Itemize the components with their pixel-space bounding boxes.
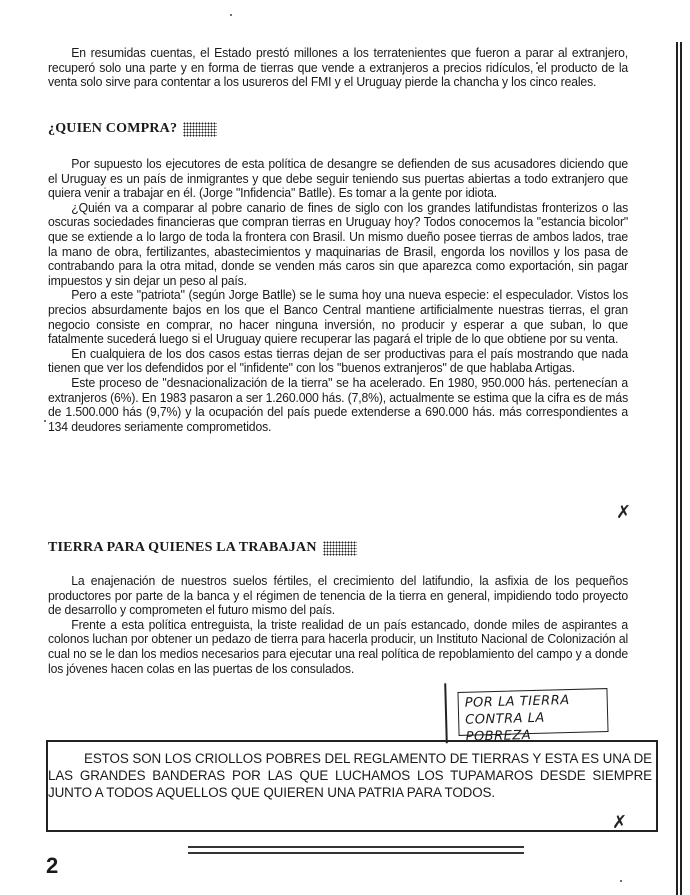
- section-quien-compra: ¿QUIEN COMPRA?: [48, 121, 646, 137]
- end-of-article-mark-icon: ✗: [616, 502, 631, 523]
- scan-speck: [44, 420, 46, 422]
- paragraph: Por supuesto los ejecutores de esta polí…: [48, 157, 628, 201]
- paragraph: ¿Quién va a comparar al pobre canario de…: [48, 201, 628, 289]
- footer-rule: [188, 846, 524, 848]
- paragraph: La enajenación de nuestros suelos fértil…: [48, 574, 628, 618]
- paragraph: Este proceso de "desnacionalización de l…: [48, 376, 628, 434]
- paragraph: En cualquiera de los dos casos estas tie…: [48, 347, 628, 376]
- scan-speck: [620, 880, 622, 882]
- paragraph: Frente a esta política entreguista, la t…: [48, 618, 628, 676]
- section-tierra: TIERRA PARA QUIENES LA TRABAJAN: [48, 540, 646, 556]
- section-heading: ¿QUIEN COMPRA?: [48, 121, 646, 137]
- page-number: 2: [46, 853, 58, 879]
- heading-text: ¿QUIEN COMPRA?: [48, 121, 177, 137]
- paragraph: Pero a este "patriota" (según Jorge Batl…: [48, 288, 628, 346]
- heading-text: TIERRA PARA QUIENES LA TRABAJAN: [48, 540, 317, 556]
- scanned-document-page: En resumidas cuentas, el Estado prestó m…: [0, 0, 690, 895]
- section-heading: TIERRA PARA QUIENES LA TRABAJAN: [48, 540, 646, 556]
- section-quien-compra-body: Por supuesto los ejecutores de esta polí…: [48, 157, 646, 434]
- halftone-block-icon: [183, 122, 217, 137]
- boxed-statement: ESTOS SON LOS CRIOLLOS POBRES DEL REGLAM…: [46, 740, 658, 832]
- banner-pole: [444, 683, 447, 743]
- halftone-block-icon: [323, 541, 357, 556]
- footer-rule: [188, 852, 524, 854]
- end-of-box-mark-icon: ✗: [612, 812, 627, 833]
- hand-drawn-banner: POR LA TIERRA CONTRA LA POBREZA: [457, 688, 608, 736]
- intro-paragraph: En resumidas cuentas, el Estado prestó m…: [48, 46, 628, 90]
- scan-speck: [536, 62, 538, 64]
- section-tierra-body: La enajenación de nuestros suelos fértil…: [48, 574, 646, 676]
- scan-speck: [230, 14, 232, 16]
- boxed-statement-text: ESTOS SON LOS CRIOLLOS POBRES DEL REGLAM…: [48, 750, 652, 801]
- margin-rule: [676, 42, 678, 895]
- margin-rule: [680, 42, 682, 895]
- intro-block: En resumidas cuentas, el Estado prestó m…: [48, 46, 646, 90]
